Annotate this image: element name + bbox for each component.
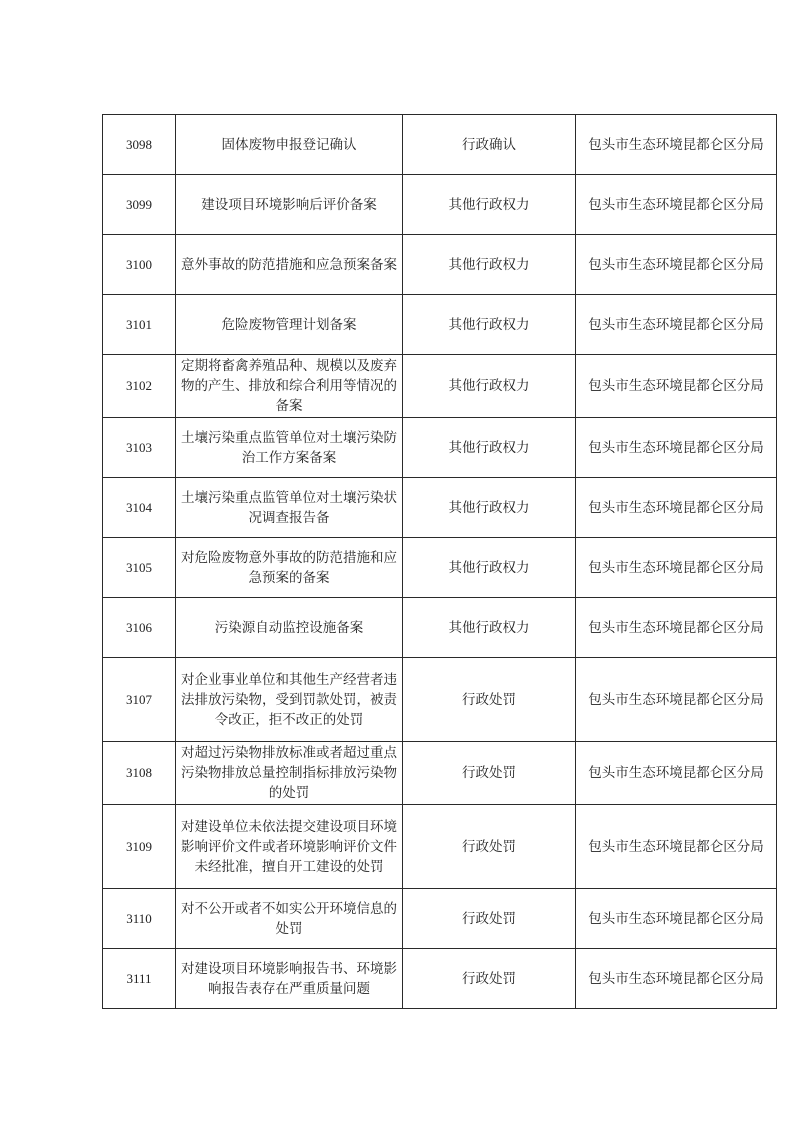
item-name: 建设项目环境影响后评价备案: [201, 195, 377, 215]
department-cell: 包头市生态环境昆都仑区分局: [576, 355, 777, 418]
table-row: 3109 对建设单位未依法提交建设项目环境影响评价文件或者环境影响评价文件未经批…: [103, 805, 777, 889]
item-number-cell: 3099: [103, 175, 176, 235]
item-name-cell: 土壤污染重点监管单位对土壤污染状况调查报告备: [176, 478, 403, 538]
power-type-cell: 行政处罚: [403, 742, 576, 805]
table-row: 3103 土壤污染重点监管单位对土壤污染防治工作方案备案 其他行政权力 包头市生…: [103, 418, 777, 478]
item-number: 3106: [126, 618, 152, 638]
table-row: 3108 对超过污染物排放标准或者超过重点污染物排放总量控制指标排放污染物的处罚…: [103, 742, 777, 805]
table-row: 3100 意外事故的防范措施和应急预案备案 其他行政权力 包头市生态环境昆都仑区…: [103, 235, 777, 295]
department-cell: 包头市生态环境昆都仑区分局: [576, 175, 777, 235]
table-row: 3110 对不公开或者不如实公开环境信息的处罚 行政处罚 包头市生态环境昆都仑区…: [103, 889, 777, 949]
power-type: 行政确认: [462, 135, 516, 155]
department-cell: 包头市生态环境昆都仑区分局: [576, 235, 777, 295]
item-name: 土壤污染重点监管单位对土壤污染状况调查报告备: [180, 488, 398, 528]
power-type: 行政处罚: [462, 690, 516, 710]
department: 包头市生态环境昆都仑区分局: [588, 690, 764, 710]
power-type-cell: 行政处罚: [403, 805, 576, 889]
item-number: 3109: [126, 837, 152, 857]
item-name: 定期将畜禽养殖品种、规模以及废弃物的产生、排放和综合利用等情况的备案: [180, 356, 398, 416]
power-type: 行政处罚: [462, 763, 516, 783]
department-cell: 包头市生态环境昆都仑区分局: [576, 658, 777, 742]
department: 包头市生态环境昆都仑区分局: [588, 618, 764, 638]
table-body: 3098 固体废物申报登记确认 行政确认 包头市生态环境昆都仑区分局 3099 …: [103, 115, 777, 1009]
power-type-cell: 其他行政权力: [403, 355, 576, 418]
department: 包头市生态环境昆都仑区分局: [588, 837, 764, 857]
item-number-cell: 3098: [103, 115, 176, 175]
item-name-cell: 土壤污染重点监管单位对土壤污染防治工作方案备案: [176, 418, 403, 478]
table-row: 3102 定期将畜禽养殖品种、规模以及废弃物的产生、排放和综合利用等情况的备案 …: [103, 355, 777, 418]
department-cell: 包头市生态环境昆都仑区分局: [576, 598, 777, 658]
item-name-cell: 对危险废物意外事故的防范措施和应急预案的备案: [176, 538, 403, 598]
item-number-cell: 3102: [103, 355, 176, 418]
item-name: 对危险废物意外事故的防范措施和应急预案的备案: [180, 548, 398, 588]
department-cell: 包头市生态环境昆都仑区分局: [576, 889, 777, 949]
item-number: 3103: [126, 438, 152, 458]
table-row: 3104 土壤污染重点监管单位对土壤污染状况调查报告备 其他行政权力 包头市生态…: [103, 478, 777, 538]
table-row: 3106 污染源自动监控设施备案 其他行政权力 包头市生态环境昆都仑区分局: [103, 598, 777, 658]
item-number: 3108: [126, 763, 152, 783]
power-type: 行政处罚: [462, 837, 516, 857]
item-number: 3101: [126, 315, 152, 335]
item-number: 3100: [126, 255, 152, 275]
department: 包头市生态环境昆都仑区分局: [588, 315, 764, 335]
item-number-cell: 3104: [103, 478, 176, 538]
table-row: 3107 对企业事业单位和其他生产经营者违法排放污染物，受到罚款处罚，被责令改正…: [103, 658, 777, 742]
department: 包头市生态环境昆都仑区分局: [588, 969, 764, 989]
item-number: 3099: [126, 195, 152, 215]
item-name: 意外事故的防范措施和应急预案备案: [181, 255, 397, 275]
item-number: 3105: [126, 558, 152, 578]
item-name: 对不公开或者不如实公开环境信息的处罚: [180, 899, 398, 939]
department: 包头市生态环境昆都仑区分局: [588, 438, 764, 458]
item-name-cell: 定期将畜禽养殖品种、规模以及废弃物的产生、排放和综合利用等情况的备案: [176, 355, 403, 418]
power-type: 其他行政权力: [449, 558, 530, 578]
department-cell: 包头市生态环境昆都仑区分局: [576, 418, 777, 478]
power-type-cell: 其他行政权力: [403, 295, 576, 355]
item-number-cell: 3111: [103, 949, 176, 1009]
item-number-cell: 3107: [103, 658, 176, 742]
department: 包头市生态环境昆都仑区分局: [588, 763, 764, 783]
table-row: 3099 建设项目环境影响后评价备案 其他行政权力 包头市生态环境昆都仑区分局: [103, 175, 777, 235]
item-number: 3102: [126, 376, 152, 396]
item-number: 3104: [126, 498, 152, 518]
power-type-cell: 行政处罚: [403, 889, 576, 949]
power-type: 其他行政权力: [449, 438, 530, 458]
department: 包头市生态环境昆都仑区分局: [588, 195, 764, 215]
item-name: 对超过污染物排放标准或者超过重点污染物排放总量控制指标排放污染物的处罚: [180, 743, 398, 803]
power-list-table: 3098 固体废物申报登记确认 行政确认 包头市生态环境昆都仑区分局 3099 …: [102, 114, 777, 1009]
item-name-cell: 建设项目环境影响后评价备案: [176, 175, 403, 235]
item-name-cell: 对超过污染物排放标准或者超过重点污染物排放总量控制指标排放污染物的处罚: [176, 742, 403, 805]
power-type: 行政处罚: [462, 969, 516, 989]
item-name: 固体废物申报登记确认: [222, 135, 357, 155]
power-type: 其他行政权力: [449, 255, 530, 275]
item-number: 3107: [126, 690, 152, 710]
power-type: 其他行政权力: [449, 315, 530, 335]
department-cell: 包头市生态环境昆都仑区分局: [576, 805, 777, 889]
item-name-cell: 污染源自动监控设施备案: [176, 598, 403, 658]
item-number-cell: 3101: [103, 295, 176, 355]
power-type: 其他行政权力: [449, 376, 530, 396]
item-name: 危险废物管理计划备案: [222, 315, 357, 335]
table-row: 3101 危险废物管理计划备案 其他行政权力 包头市生态环境昆都仑区分局: [103, 295, 777, 355]
item-number: 3110: [126, 909, 152, 929]
department-cell: 包头市生态环境昆都仑区分局: [576, 295, 777, 355]
department-cell: 包头市生态环境昆都仑区分局: [576, 538, 777, 598]
item-name: 污染源自动监控设施备案: [215, 618, 364, 638]
department: 包头市生态环境昆都仑区分局: [588, 498, 764, 518]
department-cell: 包头市生态环境昆都仑区分局: [576, 115, 777, 175]
table-row: 3098 固体废物申报登记确认 行政确认 包头市生态环境昆都仑区分局: [103, 115, 777, 175]
power-type-cell: 其他行政权力: [403, 598, 576, 658]
item-number-cell: 3108: [103, 742, 176, 805]
department: 包头市生态环境昆都仑区分局: [588, 376, 764, 396]
item-number-cell: 3110: [103, 889, 176, 949]
department: 包头市生态环境昆都仑区分局: [588, 558, 764, 578]
power-type: 其他行政权力: [449, 498, 530, 518]
power-type: 行政处罚: [462, 909, 516, 929]
power-type: 其他行政权力: [449, 195, 530, 215]
power-type-cell: 行政处罚: [403, 658, 576, 742]
department-cell: 包头市生态环境昆都仑区分局: [576, 949, 777, 1009]
item-number: 3098: [126, 135, 152, 155]
item-name-cell: 意外事故的防范措施和应急预案备案: [176, 235, 403, 295]
item-name: 对建设项目环境影响报告书、环境影响报告表存在严重质量问题: [180, 959, 398, 999]
department: 包头市生态环境昆都仑区分局: [588, 909, 764, 929]
item-name-cell: 对企业事业单位和其他生产经营者违法排放污染物，受到罚款处罚，被责令改正，拒不改正…: [176, 658, 403, 742]
department-cell: 包头市生态环境昆都仑区分局: [576, 478, 777, 538]
item-name-cell: 对建设项目环境影响报告书、环境影响报告表存在严重质量问题: [176, 949, 403, 1009]
item-name: 对建设单位未依法提交建设项目环境影响评价文件或者环境影响评价文件未经批准，擅自开…: [180, 817, 398, 877]
item-name-cell: 固体废物申报登记确认: [176, 115, 403, 175]
item-number-cell: 3105: [103, 538, 176, 598]
item-number-cell: 3109: [103, 805, 176, 889]
item-name-cell: 危险废物管理计划备案: [176, 295, 403, 355]
item-number-cell: 3100: [103, 235, 176, 295]
power-type-cell: 其他行政权力: [403, 538, 576, 598]
table-row: 3105 对危险废物意外事故的防范措施和应急预案的备案 其他行政权力 包头市生态…: [103, 538, 777, 598]
power-type-cell: 其他行政权力: [403, 235, 576, 295]
department: 包头市生态环境昆都仑区分局: [588, 135, 764, 155]
item-number-cell: 3103: [103, 418, 176, 478]
item-name-cell: 对不公开或者不如实公开环境信息的处罚: [176, 889, 403, 949]
item-name: 对企业事业单位和其他生产经营者违法排放污染物，受到罚款处罚，被责令改正，拒不改正…: [180, 670, 398, 730]
power-type-cell: 行政处罚: [403, 949, 576, 1009]
power-type-cell: 其他行政权力: [403, 418, 576, 478]
department: 包头市生态环境昆都仑区分局: [588, 255, 764, 275]
item-number-cell: 3106: [103, 598, 176, 658]
item-number: 3111: [126, 969, 151, 989]
item-name: 土壤污染重点监管单位对土壤污染防治工作方案备案: [180, 428, 398, 468]
power-type-cell: 其他行政权力: [403, 478, 576, 538]
power-type-cell: 其他行政权力: [403, 175, 576, 235]
table-row: 3111 对建设项目环境影响报告书、环境影响报告表存在严重质量问题 行政处罚 包…: [103, 949, 777, 1009]
power-type-cell: 行政确认: [403, 115, 576, 175]
power-type: 其他行政权力: [449, 618, 530, 638]
item-name-cell: 对建设单位未依法提交建设项目环境影响评价文件或者环境影响评价文件未经批准，擅自开…: [176, 805, 403, 889]
department-cell: 包头市生态环境昆都仑区分局: [576, 742, 777, 805]
